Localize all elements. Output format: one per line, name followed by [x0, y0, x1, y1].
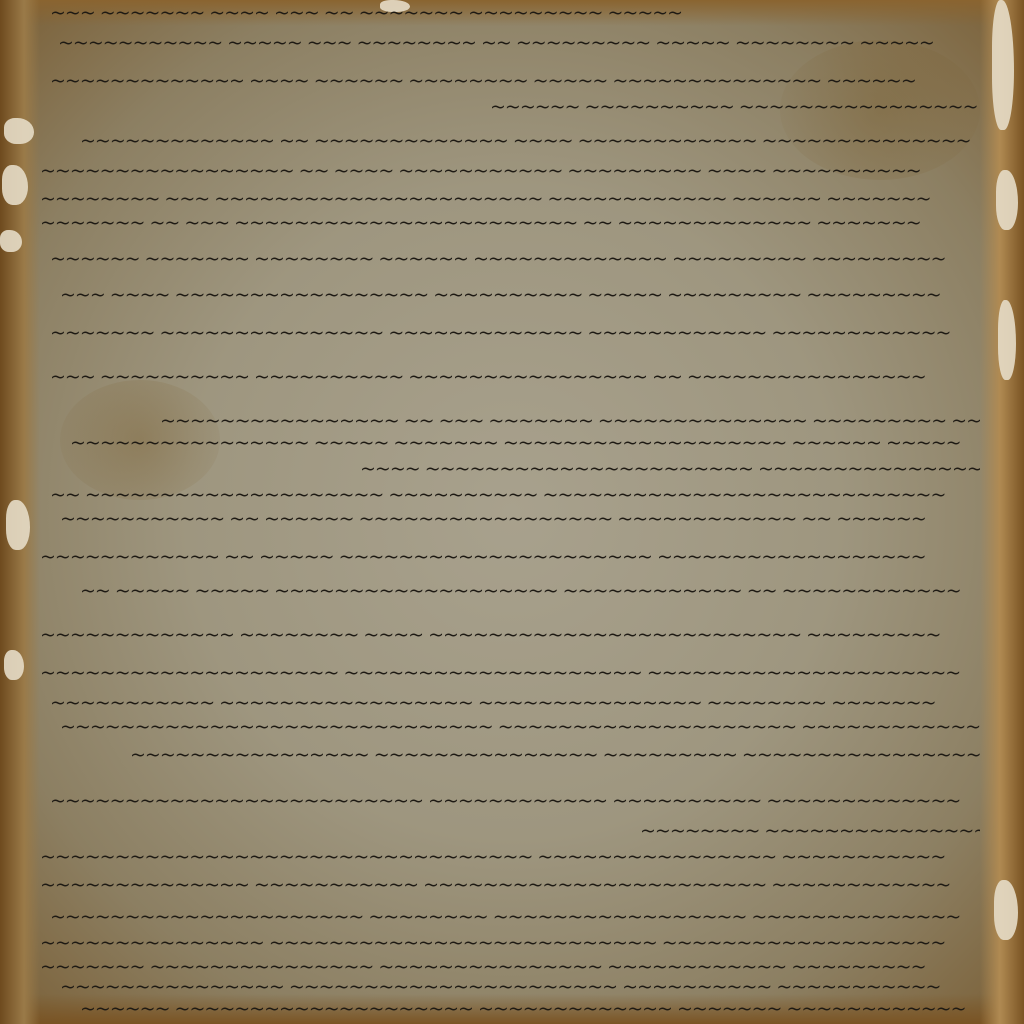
torn-paper-fragment — [2, 165, 28, 205]
handwriting-line: ~~~ ~~~~~~~~~~ ~~~~~~~~~~ ~~~~~~~~~~~~~~… — [50, 366, 980, 396]
handwriting-line: ~~~~~~~~~~~~~ ~~ ~~~~~~~~~~~~~ ~~~~ ~~~~… — [80, 130, 980, 160]
handwriting-line: ~~~~~~~ ~~ ~~~ ~~~~~~~~~~~~~~~~~~~~~~~ ~… — [40, 212, 980, 242]
handwriting-line: ~~~~~~~~~~~~~~ ~~~~~~~~~~~ ~~~~~~~~~~~~~… — [40, 874, 980, 904]
handwriting-line: ~~~~~~~~~~~~~~~~~ ~~ ~~~~ ~~~~~~~~~~~ ~~… — [40, 160, 980, 190]
torn-paper-fragment — [4, 118, 34, 144]
handwriting-line: ~~~ ~~~~~~~ ~~~~ ~~~ ~~ ~~~~~~~ ~~~~~~~~… — [50, 2, 980, 32]
handwriting-line: ~~~~~~~~~~~~~~~~~~~~~~~~~~~~~~~~~ ~~~~~~… — [40, 846, 980, 876]
handwriting-line: ~~~~~~~~~~~~~~~~ ~~~~~~~~~~~~~~~ ~~~~~~~… — [130, 744, 980, 774]
handwriting-line: ~~~~~~~~~~~~~~~~~~~~~~~~~~~~~ ~~~~~~~~~~… — [60, 716, 980, 746]
handwriting-line: ~~~~~~~ ~~~~~~~~~~~~~~~ ~~~~~~~~~~~~~ ~~… — [50, 322, 980, 352]
handwriting-line: ~~~~~~~~~~~~~~~~~~~~ ~~~~~~~~~~~~~~~~~~~… — [40, 662, 980, 692]
torn-paper-fragment — [0, 230, 22, 252]
handwriting-line: ~~~~~~~~~~~~~~~~~~~~~~~~~ ~~~~~~~~~~~~ ~… — [50, 790, 980, 820]
torn-paper-fragment — [6, 500, 30, 550]
torn-paper-fragment — [4, 650, 24, 680]
handwriting-line: ~~~~~~~~~~~~ ~~ ~~~~~ ~~~~~~~~~~~~~~~~~~… — [40, 546, 980, 576]
handwriting-line: ~~~~~~~~~~~ ~~~~~ ~~~ ~~~~~~~~ ~~ ~~~~~~… — [58, 32, 980, 62]
handwritten-text-block: ~~~ ~~~~~~~ ~~~~ ~~~ ~~ ~~~~~~~ ~~~~~~~~… — [40, 0, 980, 1024]
handwriting-line: ~~~~~~ ~~~~~~~~~~~~~~~~~~~~ ~~~~~~~~~~~~… — [80, 998, 980, 1024]
manuscript-page: ~~~ ~~~~~~~ ~~~~ ~~~ ~~ ~~~~~~~ ~~~~~~~~… — [0, 0, 1024, 1024]
stained-right-edge — [980, 0, 1024, 1024]
handwriting-line: ~~~ ~~~~ ~~~~~~~~~~~~~~~~~ ~~~~~~~~~~ ~~… — [60, 284, 980, 314]
handwriting-line: ~~~~~~ ~~~~~~~~~~ ~~~~~~~~~~~~~~~~ ~~~~~… — [490, 96, 980, 126]
handwriting-line: ~~~~~~~~~~~~~ ~~~~~~~~ ~~~~ ~~~~~~~~~~~~… — [40, 624, 980, 654]
handwriting-line: ~~ ~~~~~ ~~~~~ ~~~~~~~~~~~~~~~~~~~ ~~~~~… — [80, 580, 980, 610]
handwriting-line: ~~~~~~ ~~~~~~~ ~~~~~~~~ ~~~~~~ ~~~~~~~~~… — [50, 248, 980, 278]
handwriting-line: ~~~~~~~~~~~ ~~ ~~~~~~ ~~~~~~~~~~~~~~~~~ … — [60, 508, 980, 538]
